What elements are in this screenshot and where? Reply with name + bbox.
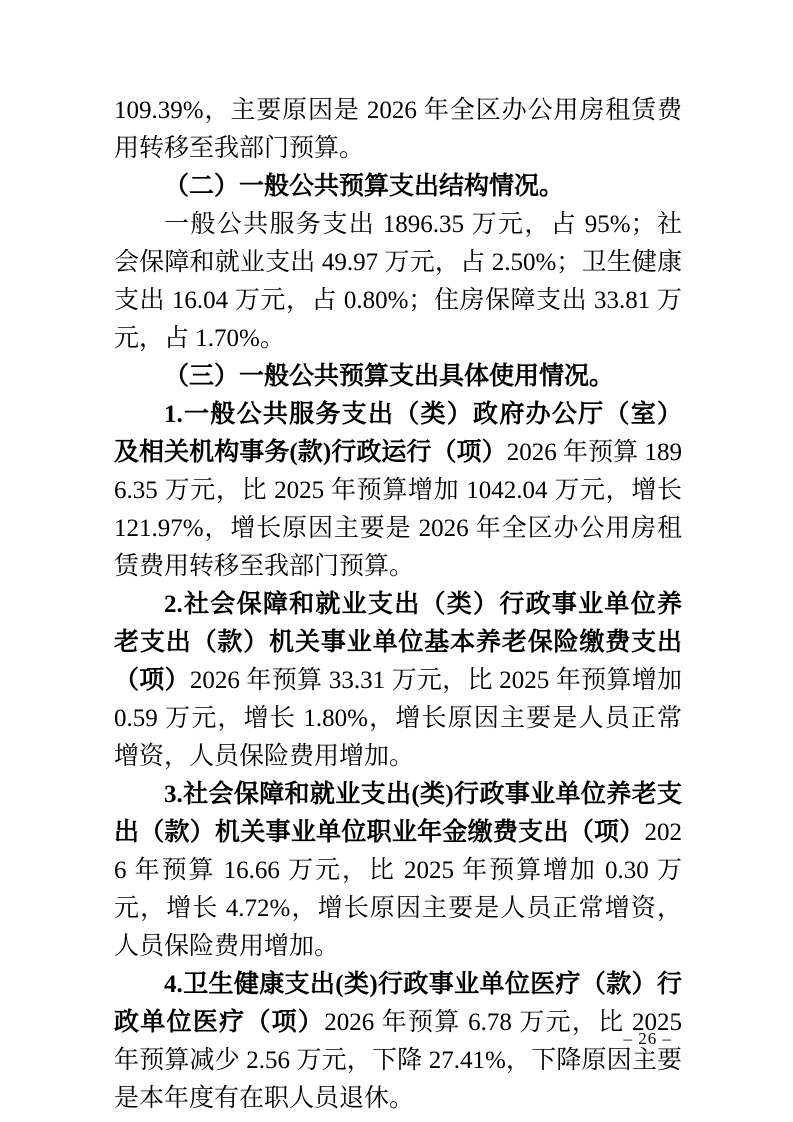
paragraph-continued: 109.39%，主要原因是 2026 年全区办公用房租赁费用转移至我部门预算。 bbox=[114, 92, 682, 168]
budget-item-1: 1.一般公共服务支出（类）政府办公厅（室）及相关机构事务(款)行政运行（项）20… bbox=[114, 396, 682, 586]
page-number: – 26 – bbox=[624, 1028, 673, 1050]
budget-item-2: 2.社会保障和就业支出（类）行政事业单位养老支出（款）机关事业单位基本养老保险缴… bbox=[114, 586, 682, 776]
section-heading-structure: （二）一般公共预算支出结构情况。 bbox=[114, 168, 682, 206]
document-body: 109.39%，主要原因是 2026 年全区办公用房租赁费用转移至我部门预算。 … bbox=[114, 92, 682, 1118]
document-page: 109.39%，主要原因是 2026 年全区办公用房租赁费用转移至我部门预算。 … bbox=[0, 0, 793, 1122]
budget-item-3: 3.社会保障和就业支出(类)行政事业单位养老支出（款）机关事业单位职业年金缴费支… bbox=[114, 776, 682, 966]
section-heading-detail: （三）一般公共预算支出具体使用情况。 bbox=[114, 358, 682, 396]
budget-item-2-detail: 2026 年预算 33.31 万元，比 2025 年预算增加 0.59 万元，增… bbox=[114, 667, 682, 770]
paragraph-expenditure-structure: 一般公共服务支出 1896.35 万元，占 95%；社会保障和就业支出 49.9… bbox=[114, 206, 682, 358]
budget-item-4: 4.卫生健康支出(类)行政事业单位医疗（款）行政单位医疗（项）2026 年预算 … bbox=[114, 966, 682, 1118]
budget-item-3-title: 3.社会保障和就业支出(类)行政事业单位养老支出（款）机关事业单位职业年金缴费支… bbox=[114, 781, 682, 846]
